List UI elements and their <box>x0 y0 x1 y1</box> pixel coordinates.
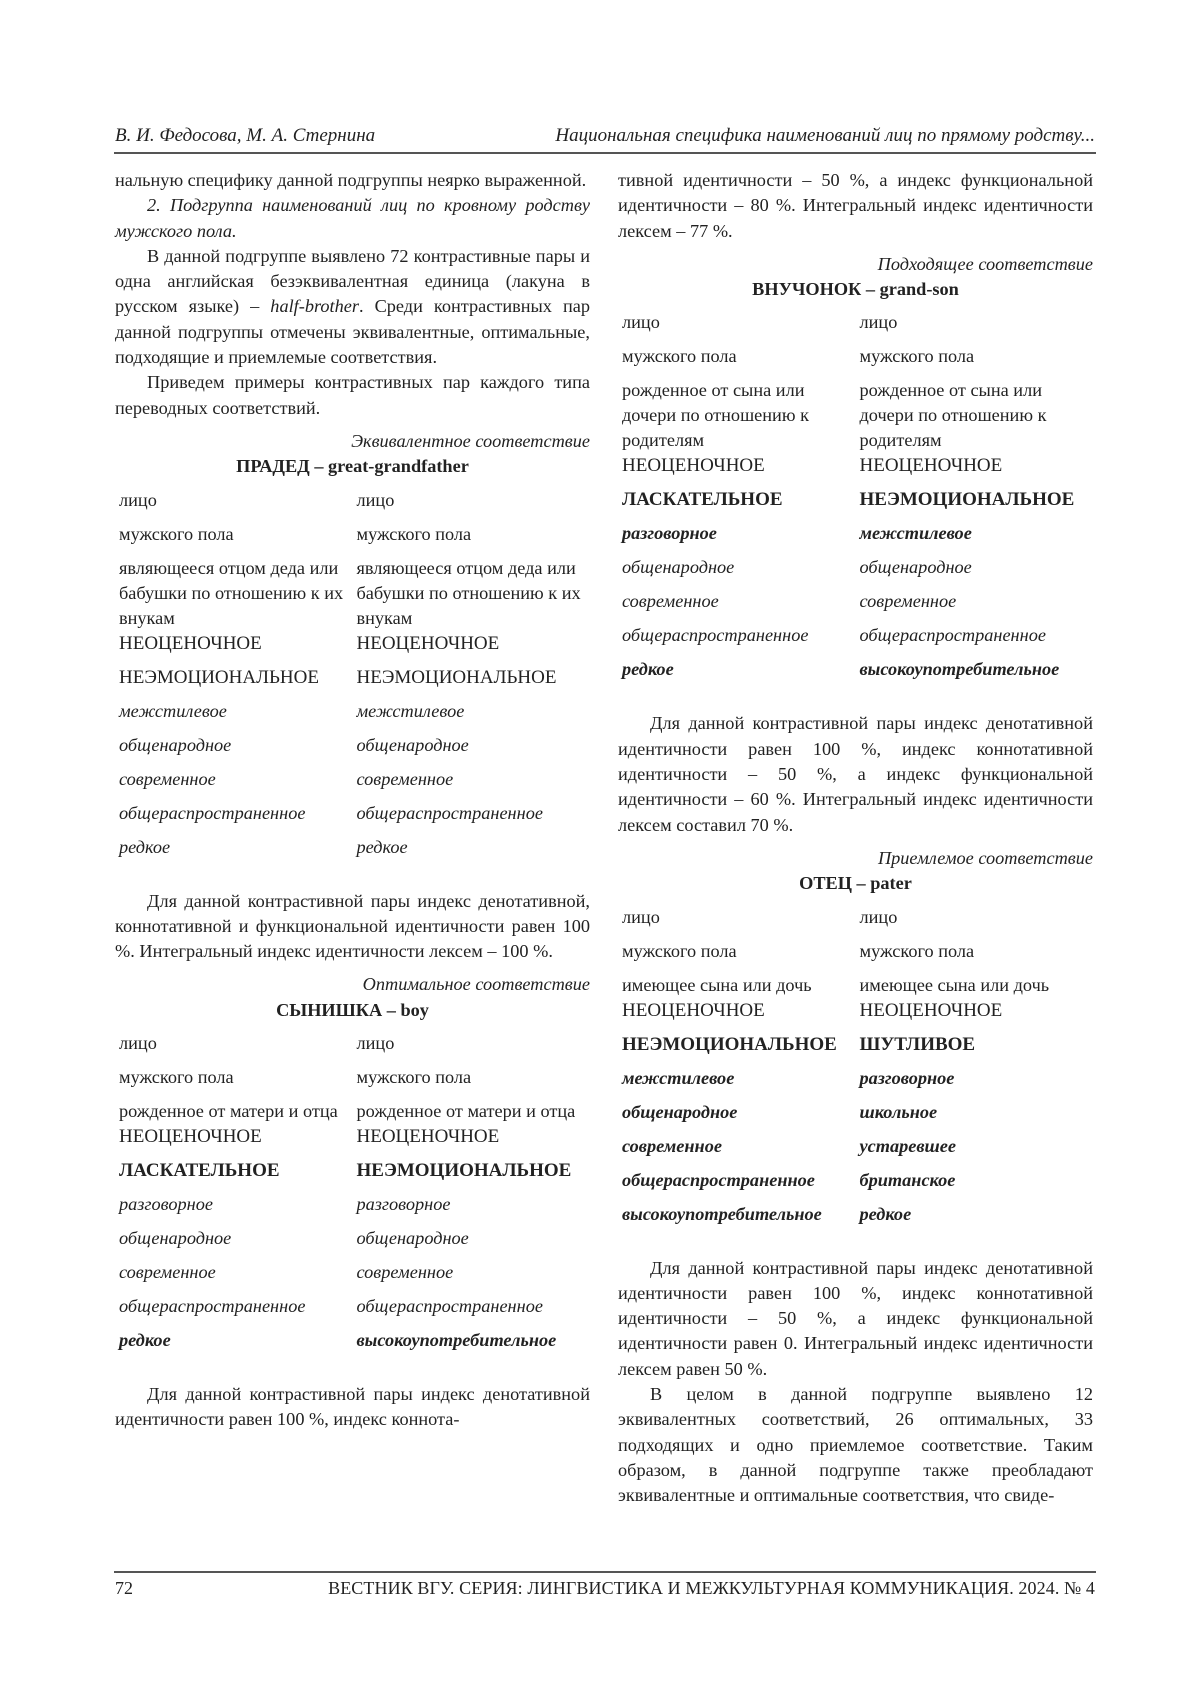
table-row: общенародноеобщенародное <box>618 555 1093 589</box>
table-row: лицолицо <box>115 1031 590 1065</box>
page-number: 72 <box>115 1578 133 1599</box>
header-rule <box>114 152 1096 154</box>
russian-feature: НЕОЦЕНОЧНОЕ <box>618 453 856 487</box>
russian-feature: общераспространенное <box>618 1168 856 1202</box>
english-feature: межстилевое <box>353 699 591 733</box>
english-feature: общераспространенное <box>353 1294 591 1328</box>
russian-feature: разговорное <box>618 521 856 555</box>
table-row: общенародноеобщенародное <box>115 1226 590 1260</box>
russian-feature: рожденное от матери и отца <box>115 1099 353 1124</box>
paragraph: В данной подгруппе выявлено 72 контрасти… <box>115 244 590 370</box>
table-row: общераспространенноебританское <box>618 1168 1093 1202</box>
left-column: нальную специфику данной подгруппы неярк… <box>115 168 590 1433</box>
paragraph: тивной идентичности – 50 %, а индекс фун… <box>618 168 1093 244</box>
english-feature: устаревшее <box>856 1134 1094 1168</box>
english-feature: НЕОЦЕНОЧНОЕ <box>856 453 1094 487</box>
correspondence-label: Приемлемое соответствие <box>618 846 1093 871</box>
english-feature: имеющее сына или дочь <box>856 973 1094 998</box>
russian-feature: НЕЭМОЦИОНАЛЬНОЕ <box>618 1032 856 1066</box>
russian-feature: мужского пола <box>115 1065 353 1099</box>
table-row: высокоупотребительноередкое <box>618 1202 1093 1236</box>
english-feature: лицо <box>856 905 1094 939</box>
correspondence-label: Оптимальное соответствие <box>115 972 590 997</box>
table-row: редкоевысокоупотребительное <box>618 657 1093 691</box>
table-row: общераспространенноеобщераспространенное <box>115 801 590 835</box>
russian-feature: мужского пола <box>618 344 856 378</box>
russian-feature: мужского пола <box>618 939 856 973</box>
russian-feature: общенародное <box>115 733 353 767</box>
english-feature: лицо <box>353 1031 591 1065</box>
english-feature: НЕОЦЕНОЧНОЕ <box>856 998 1094 1032</box>
journal-title: ВЕСТНИК ВГУ. СЕРИЯ: ЛИНГВИСТИКА И МЕЖКУЛ… <box>328 1578 1095 1599</box>
english-feature: современное <box>856 589 1094 623</box>
russian-feature: редкое <box>115 1328 353 1362</box>
english-feature: редкое <box>353 835 591 869</box>
table-row: мужского поламужского пола <box>115 1065 590 1099</box>
table-row: общераспространенноеобщераспространенное <box>115 1294 590 1328</box>
table-row: мужского поламужского пола <box>115 522 590 556</box>
english-feature: общенародное <box>353 1226 591 1260</box>
comparison-table: лицолицомужского поламужского поларожден… <box>115 1031 590 1362</box>
table-row: общенародноеобщенародное <box>115 733 590 767</box>
english-feature: НЕЭМОЦИОНАЛЬНОЕ <box>856 487 1094 521</box>
russian-feature: общераспространенное <box>115 801 353 835</box>
header-title: Национальная специфика наименований лиц … <box>555 125 1095 147</box>
russian-feature: ЛАСКАТЕЛЬНОЕ <box>115 1158 353 1192</box>
russian-feature: общераспространенное <box>618 623 856 657</box>
table-row: лицолицо <box>115 488 590 522</box>
table-row: общенародноешкольное <box>618 1100 1093 1134</box>
english-feature: мужского пола <box>353 1065 591 1099</box>
header-authors: В. И. Федосова, М. А. Стернина <box>115 125 375 147</box>
english-feature: рожденное от матери и отца <box>353 1099 591 1124</box>
paragraph: Приведем примеры контрастивных пар каждо… <box>115 370 590 421</box>
russian-feature: общенародное <box>115 1226 353 1260</box>
english-feature: общенародное <box>856 555 1094 589</box>
table-row: редкоередкое <box>115 835 590 869</box>
russian-feature: ЛАСКАТЕЛЬНОЕ <box>618 487 856 521</box>
subsection-heading: 2. Подгруппа наименований лиц по кровном… <box>115 193 590 244</box>
paragraph: Для данной контрастивной пары индекс ден… <box>618 1256 1093 1382</box>
correspondence-label: Эквивалентное соответствие <box>115 429 590 454</box>
table-row: современноесовременное <box>115 767 590 801</box>
russian-feature: лицо <box>618 310 856 344</box>
english-feature: общераспространенное <box>353 801 591 835</box>
english-feature: мужского пола <box>353 522 591 556</box>
table-row: НЕОЦЕНОЧНОЕНЕОЦЕНОЧНОЕ <box>115 631 590 665</box>
table-row: лицолицо <box>618 905 1093 939</box>
pair-title: ОТЕЦ – pater <box>618 871 1093 896</box>
pair-title: ПРАДЕД – great-grandfather <box>115 454 590 479</box>
comparison-table: лицолицомужского поламужского полаимеюще… <box>618 905 1093 1236</box>
right-column: тивной идентичности – 50 %, а индекс фун… <box>618 168 1093 1509</box>
english-feature: школьное <box>856 1100 1094 1134</box>
russian-feature: НЕОЦЕНОЧНОЕ <box>618 998 856 1032</box>
table-row: мужского поламужского пола <box>618 939 1093 973</box>
table-row: НЕОЦЕНОЧНОЕНЕОЦЕНОЧНОЕ <box>115 1124 590 1158</box>
table-row: ЛАСКАТЕЛЬНОЕНЕЭМОЦИОНАЛЬНОЕ <box>115 1158 590 1192</box>
russian-feature: общенародное <box>618 555 856 589</box>
paragraph: Для данной контрастивной пары индекс ден… <box>115 1382 590 1433</box>
english-feature: лицо <box>856 310 1094 344</box>
english-feature: мужского пола <box>856 939 1094 973</box>
english-feature: являющееся отцом деда или бабушки по отн… <box>353 556 591 631</box>
english-feature: НЕОЦЕНОЧНОЕ <box>353 1124 591 1158</box>
english-feature: общераспространенное <box>856 623 1094 657</box>
english-feature: высокоупотребительное <box>856 657 1094 691</box>
russian-feature: лицо <box>115 1031 353 1065</box>
table-row: межстилевоеразговорное <box>618 1066 1093 1100</box>
english-feature: разговорное <box>856 1066 1094 1100</box>
table-row: общераспространенноеобщераспространенное <box>618 623 1093 657</box>
footer-rule <box>114 1571 1096 1573</box>
russian-feature: НЕЭМОЦИОНАЛЬНОЕ <box>115 665 353 699</box>
russian-feature: рожденное от сына или дочери по отношени… <box>618 378 856 453</box>
table-row: лицолицо <box>618 310 1093 344</box>
english-feature: лицо <box>353 488 591 522</box>
paragraph: Для данной контрастивной пары индекс ден… <box>618 711 1093 837</box>
english-feature: общенародное <box>353 733 591 767</box>
russian-feature: общераспространенное <box>115 1294 353 1328</box>
russian-feature: разговорное <box>115 1192 353 1226</box>
russian-feature: современное <box>115 767 353 801</box>
english-feature: британское <box>856 1168 1094 1202</box>
table-row: современноеустаревшее <box>618 1134 1093 1168</box>
english-feature: НЕОЦЕНОЧНОЕ <box>353 631 591 665</box>
russian-feature: современное <box>115 1260 353 1294</box>
table-row: редкоевысокоупотребительное <box>115 1328 590 1362</box>
comparison-table: лицолицомужского поламужского полаявляющ… <box>115 488 590 869</box>
table-row: НЕЭМОЦИОНАЛЬНОЕШУТЛИВОЕ <box>618 1032 1093 1066</box>
table-row: разговорноеразговорное <box>115 1192 590 1226</box>
running-header: В. И. Федосова, М. А. Стернина Националь… <box>115 125 1095 153</box>
russian-feature: НЕОЦЕНОЧНОЕ <box>115 1124 353 1158</box>
table-row: современноесовременное <box>618 589 1093 623</box>
paragraph: Для данной контрастивной пары индекс ден… <box>115 889 590 965</box>
russian-feature: общенародное <box>618 1100 856 1134</box>
paragraph: нальную специфику данной подгруппы неярк… <box>115 168 590 193</box>
table-row: имеющее сына или дочьимеющее сына или до… <box>618 973 1093 998</box>
correspondence-label: Подходящее соответствие <box>618 252 1093 277</box>
english-feature: мужского пола <box>856 344 1094 378</box>
english-feature: ШУТЛИВОЕ <box>856 1032 1094 1066</box>
russian-feature: лицо <box>115 488 353 522</box>
paragraph: В целом в данной подгруппе выявлено 12 э… <box>618 1382 1093 1508</box>
russian-feature: редкое <box>618 657 856 691</box>
table-row: рожденное от сына или дочери по отношени… <box>618 378 1093 453</box>
russian-feature: современное <box>618 589 856 623</box>
russian-feature: лицо <box>618 905 856 939</box>
english-feature: межстилевое <box>856 521 1094 555</box>
table-row: современноесовременное <box>115 1260 590 1294</box>
english-feature: современное <box>353 1260 591 1294</box>
table-row: НЕОЦЕНОЧНОЕНЕОЦЕНОЧНОЕ <box>618 998 1093 1032</box>
russian-feature: межстилевое <box>115 699 353 733</box>
russian-feature: редкое <box>115 835 353 869</box>
russian-feature: межстилевое <box>618 1066 856 1100</box>
english-feature: рожденное от сына или дочери по отношени… <box>856 378 1094 453</box>
english-feature: современное <box>353 767 591 801</box>
table-row: межстилевоемежстилевое <box>115 699 590 733</box>
russian-feature: имеющее сына или дочь <box>618 973 856 998</box>
english-feature: высокоупотребительное <box>353 1328 591 1362</box>
russian-feature: являющееся отцом деда или бабушки по отн… <box>115 556 353 631</box>
english-feature: редкое <box>856 1202 1094 1236</box>
table-row: НЕЭМОЦИОНАЛЬНОЕНЕЭМОЦИОНАЛЬНОЕ <box>115 665 590 699</box>
russian-feature: современное <box>618 1134 856 1168</box>
english-feature: разговорное <box>353 1192 591 1226</box>
pair-title: СЫНИШКА – boy <box>115 998 590 1023</box>
table-row: рожденное от матери и отцарожденное от м… <box>115 1099 590 1124</box>
comparison-table: лицолицомужского поламужского поларожден… <box>618 310 1093 691</box>
russian-feature: НЕОЦЕНОЧНОЕ <box>115 631 353 665</box>
russian-feature: мужского пола <box>115 522 353 556</box>
english-feature: НЕЭМОЦИОНАЛЬНОЕ <box>353 1158 591 1192</box>
table-row: разговорноемежстилевое <box>618 521 1093 555</box>
table-row: ЛАСКАТЕЛЬНОЕНЕЭМОЦИОНАЛЬНОЕ <box>618 487 1093 521</box>
table-row: являющееся отцом деда или бабушки по отн… <box>115 556 590 631</box>
russian-feature: высокоупотребительное <box>618 1202 856 1236</box>
table-row: мужского поламужского пола <box>618 344 1093 378</box>
table-row: НЕОЦЕНОЧНОЕНЕОЦЕНОЧНОЕ <box>618 453 1093 487</box>
pair-title: ВНУЧОНОК – grand-son <box>618 277 1093 302</box>
english-feature: НЕЭМОЦИОНАЛЬНОЕ <box>353 665 591 699</box>
